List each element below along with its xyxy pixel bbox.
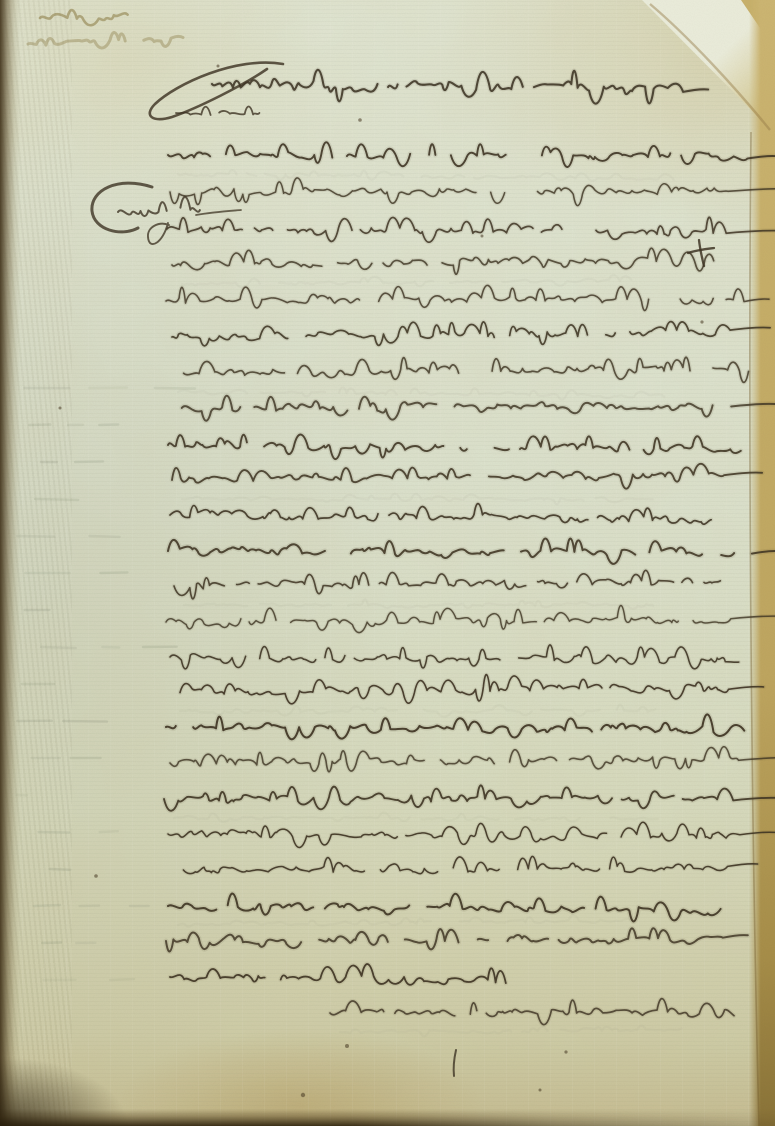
handwriting-layer xyxy=(0,0,775,1126)
paper-mottle xyxy=(0,0,775,1126)
under-sheet-corner xyxy=(741,0,775,50)
page-edge-right xyxy=(749,0,775,1126)
left-margin-wrinkles xyxy=(0,0,72,1126)
transcript: albany effaced second line (struck throu… xyxy=(0,0,1,1)
page-edge-line xyxy=(750,132,759,1126)
archival-note: albany xyxy=(0,0,1,1)
scan-grain xyxy=(0,0,775,1126)
page-edge-bottom xyxy=(0,1109,775,1126)
laid-paper-texture xyxy=(0,0,775,1126)
bottom-left-corner-shadow xyxy=(0,1056,130,1126)
folded-corner xyxy=(642,0,775,134)
manuscript-page: albany effaced second line (struck throu… xyxy=(0,0,775,1126)
page-edge-left xyxy=(0,0,20,1126)
corner-crease xyxy=(650,4,770,130)
